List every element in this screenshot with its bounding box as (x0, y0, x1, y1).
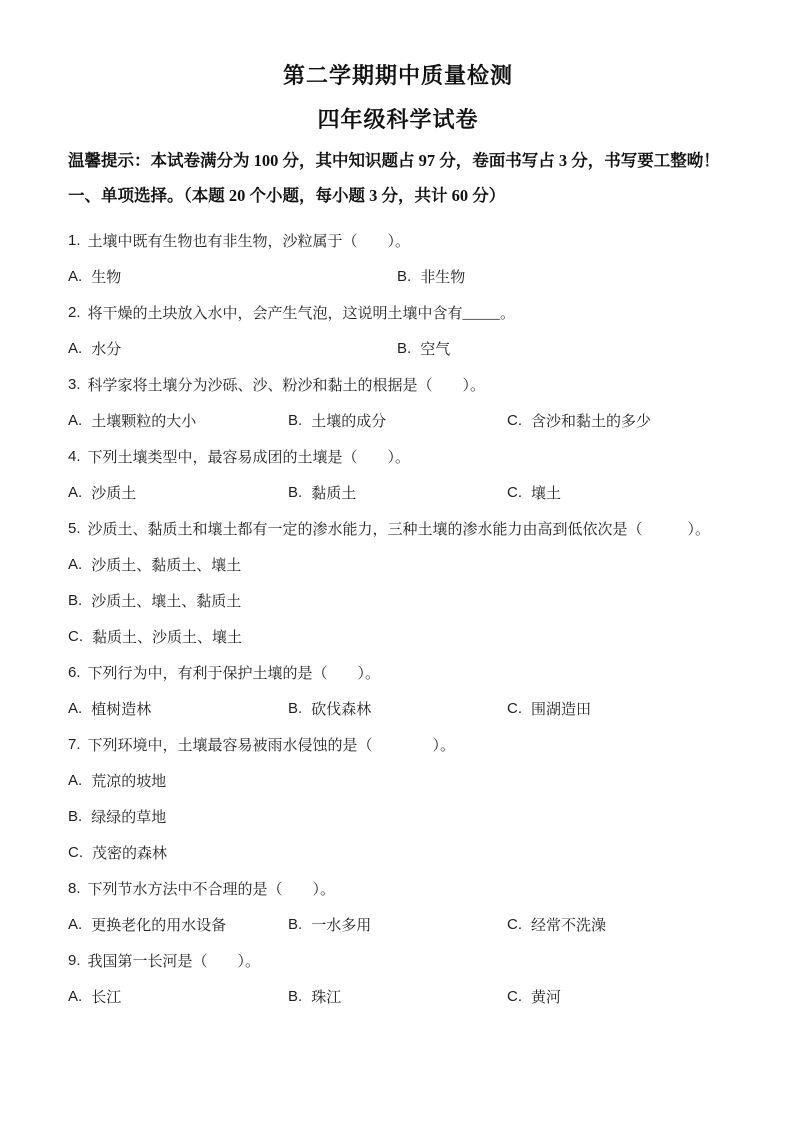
option-text: 沙质土 (91, 482, 136, 503)
option-b: B.砍伐森林 (288, 698, 507, 719)
question-text: 下列土壤类型中，最容易成团的土壤是（ ）。 (88, 446, 411, 467)
option-text: 沙质土、壤土、黏质土 (91, 590, 241, 611)
option-letter: A. (68, 988, 82, 1005)
option-text: 经常不洗澡 (531, 914, 606, 935)
option-a: A.植树造林 (68, 698, 288, 719)
option-letter: C. (507, 916, 522, 933)
option-text: 珠江 (311, 986, 341, 1007)
question-text: 土壤中既有生物也有非生物，沙粒属于（ ）。 (88, 230, 411, 251)
question-text: 下列节水方法中不合理的是（ ）。 (88, 878, 336, 899)
option-letter: B. (288, 700, 302, 717)
option-row: A.长江B.珠江C.黄河 (68, 978, 728, 1014)
exam-title: 第二学期期中质量检测 (68, 60, 728, 92)
section-heading: 一、单项选择。（本题 20 个小题，每小题 3 分，共计 60 分） (68, 183, 728, 209)
option-text: 长江 (91, 986, 121, 1007)
option-text: 含沙和黏土的多少 (531, 410, 651, 431)
option-a: A.更换老化的用水设备 (68, 914, 288, 935)
option-row: A.植树造林B.砍伐森林C.围湖造田 (68, 690, 728, 726)
option-text: 更换老化的用水设备 (91, 914, 226, 935)
exam-paper-page: 第二学期期中质量检测 四年级科学试卷 温馨提示：本试卷满分为 100 分，其中知… (0, 0, 793, 1122)
option-a: A.长江 (68, 986, 288, 1007)
option-a: A.沙质土 (68, 482, 288, 503)
option-letter: C. (507, 484, 522, 501)
question-number: 2. (68, 304, 81, 321)
question-stem: 2.将干燥的土块放入水中，会产生气泡，这说明土壤中含有_____。 (68, 294, 728, 330)
option-text: 植树造林 (91, 698, 151, 719)
option-text: 一水多用 (311, 914, 371, 935)
option-text: 绿绿的草地 (91, 806, 166, 827)
option-letter: B. (288, 412, 302, 429)
question-text: 我国第一长河是（ ）。 (88, 950, 261, 971)
question-stem: 3.科学家将土壤分为沙砾、沙、粉沙和黏土的根据是（ ）。 (68, 366, 728, 402)
option-c: C.经常不洗澡 (507, 914, 728, 935)
option-letter: C. (68, 844, 83, 861)
option-letter: A. (68, 268, 82, 285)
question-stem: 1.土壤中既有生物也有非生物，沙粒属于（ ）。 (68, 222, 728, 258)
option-text: 壤土 (531, 482, 561, 503)
option-letter: A. (68, 484, 82, 501)
option-a: A.沙质土、黏质土、壤土 (68, 546, 728, 582)
question-number: 3. (68, 376, 81, 393)
question-text: 下列行为中，有利于保护土壤的是（ ）。 (88, 662, 381, 683)
option-text: 非生物 (420, 266, 465, 287)
option-letter: C. (68, 628, 83, 645)
option-c: C.茂密的森林 (68, 834, 728, 870)
question-list: 1.土壤中既有生物也有非生物，沙粒属于（ ）。A.生物B.非生物2.将干燥的土块… (68, 222, 728, 1014)
question-number: 9. (68, 952, 81, 969)
exam-subtitle: 四年级科学试卷 (68, 104, 728, 136)
option-text: 生物 (91, 266, 121, 287)
option-text: 黏质土 (311, 482, 356, 503)
option-letter: A. (68, 916, 82, 933)
option-letter: B. (288, 988, 302, 1005)
option-letter: C. (507, 412, 522, 429)
option-text: 砍伐森林 (311, 698, 371, 719)
option-a: A.土壤颗粒的大小 (68, 410, 288, 431)
option-letter: B. (288, 916, 302, 933)
option-letter: B. (397, 340, 411, 357)
option-c: C.围湖造田 (507, 698, 728, 719)
question-text: 科学家将土壤分为沙砾、沙、粉沙和黏土的根据是（ ）。 (88, 374, 486, 395)
option-letter: C. (507, 700, 522, 717)
option-c: C.壤土 (507, 482, 728, 503)
exam-notice: 温馨提示：本试卷满分为 100 分，其中知识题占 97 分，卷面书写占 3 分，… (68, 148, 728, 174)
option-c: C.黄河 (507, 986, 728, 1007)
question-stem: 6.下列行为中，有利于保护土壤的是（ ）。 (68, 654, 728, 690)
option-b: B.空气 (397, 338, 728, 359)
option-letter: A. (68, 700, 82, 717)
question-stem: 8.下列节水方法中不合理的是（ ）。 (68, 870, 728, 906)
option-b: B.黏质土 (288, 482, 507, 503)
option-text: 沙质土、黏质土、壤土 (91, 554, 241, 575)
option-b: B.非生物 (397, 266, 728, 287)
option-a: A.生物 (68, 266, 397, 287)
question-number: 5. (68, 520, 81, 537)
option-row: A.更换老化的用水设备B.一水多用C.经常不洗澡 (68, 906, 728, 942)
option-letter: A. (68, 340, 82, 357)
option-letter: B. (68, 808, 82, 825)
question-stem: 7.下列环境中，土壤最容易被雨水侵蚀的是（ ）。 (68, 726, 728, 762)
question-number: 7. (68, 736, 81, 753)
question-text: 将干燥的土块放入水中，会产生气泡，这说明土壤中含有_____。 (88, 302, 516, 323)
option-text: 水分 (91, 338, 121, 359)
question-number: 6. (68, 664, 81, 681)
option-b: B.绿绿的草地 (68, 798, 728, 834)
option-text: 黏质土、沙质土、壤土 (92, 626, 242, 647)
question-number: 8. (68, 880, 81, 897)
option-letter: C. (507, 988, 522, 1005)
option-letter: A. (68, 556, 82, 573)
question-stem: 4.下列土壤类型中，最容易成团的土壤是（ ）。 (68, 438, 728, 474)
question-number: 1. (68, 232, 81, 249)
option-letter: B. (397, 268, 411, 285)
option-letter: B. (68, 592, 82, 609)
option-text: 空气 (420, 338, 450, 359)
question-number: 4. (68, 448, 81, 465)
option-text: 土壤的成分 (311, 410, 386, 431)
option-a: A.水分 (68, 338, 397, 359)
option-letter: B. (288, 484, 302, 501)
option-text: 黄河 (531, 986, 561, 1007)
option-letter: A. (68, 772, 82, 789)
question-stem: 9.我国第一长河是（ ）。 (68, 942, 728, 978)
question-text: 下列环境中，土壤最容易被雨水侵蚀的是（ ）。 (88, 734, 456, 755)
option-text: 围湖造田 (531, 698, 591, 719)
option-b: B.沙质土、壤土、黏质土 (68, 582, 728, 618)
option-row: A.土壤颗粒的大小B.土壤的成分C.含沙和黏土的多少 (68, 402, 728, 438)
option-row: A.水分B.空气 (68, 330, 728, 366)
question-stem: 5.沙质土、黏质土和壤土都有一定的渗水能力，三种土壤的渗水能力由高到低依次是（ … (68, 510, 728, 546)
option-text: 土壤颗粒的大小 (91, 410, 196, 431)
option-b: B.土壤的成分 (288, 410, 507, 431)
option-text: 茂密的森林 (92, 842, 167, 863)
option-c: C.黏质土、沙质土、壤土 (68, 618, 728, 654)
option-row: A.生物B.非生物 (68, 258, 728, 294)
question-text: 沙质土、黏质土和壤土都有一定的渗水能力，三种土壤的渗水能力由高到低依次是（ ）。 (88, 518, 711, 539)
option-row: A.沙质土B.黏质土C.壤土 (68, 474, 728, 510)
option-b: B.珠江 (288, 986, 507, 1007)
option-c: C.含沙和黏土的多少 (507, 410, 728, 431)
option-letter: A. (68, 412, 82, 429)
option-text: 荒凉的坡地 (91, 770, 166, 791)
option-b: B.一水多用 (288, 914, 507, 935)
option-a: A.荒凉的坡地 (68, 762, 728, 798)
